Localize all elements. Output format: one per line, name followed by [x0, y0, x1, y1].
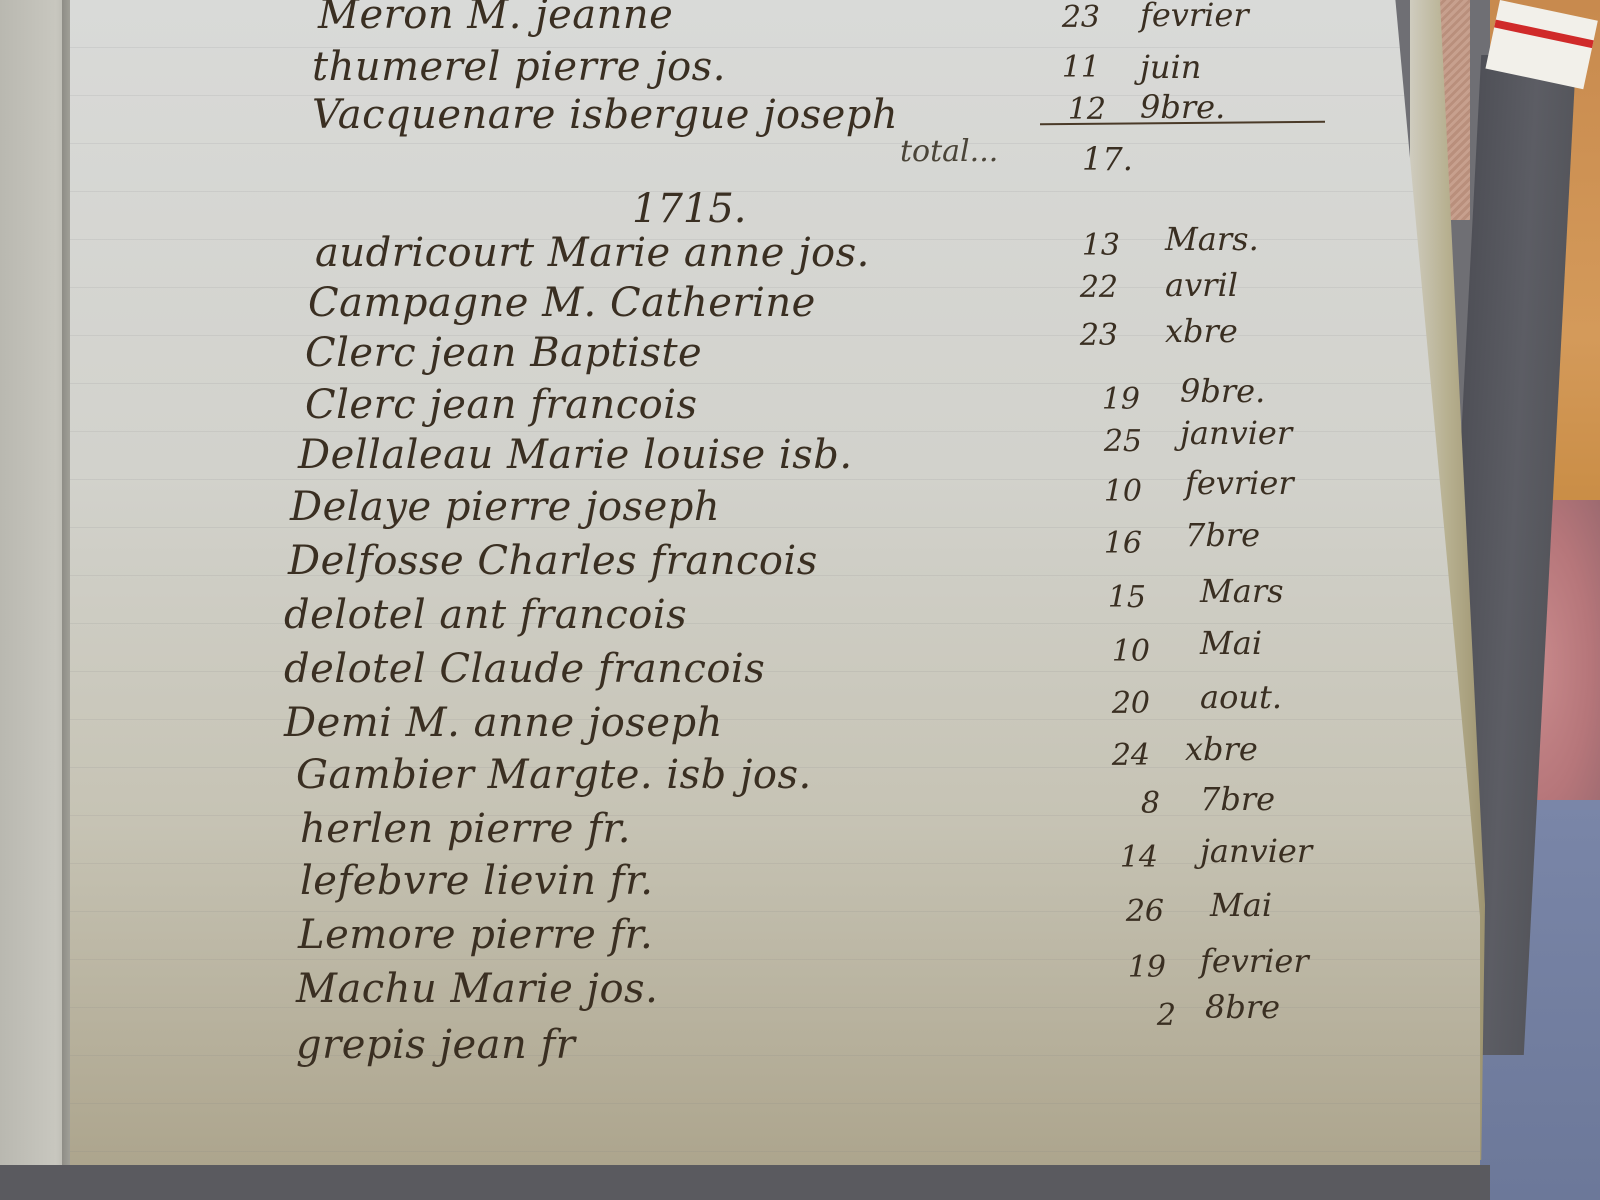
entry-month: 9bre. — [1140, 88, 1225, 126]
entry-day: 23 — [1040, 0, 1100, 35]
entry-name: herlen pierre fr. — [300, 806, 631, 852]
entry-name: delotel ant francois — [284, 592, 687, 638]
entry-day: 8 — [1100, 786, 1160, 821]
entry-month: fevrier — [1200, 942, 1309, 980]
entry-name: Dellaleau Marie louise isb. — [298, 432, 853, 478]
entry-month: xbre — [1185, 730, 1258, 768]
entry-month: juin — [1140, 48, 1201, 86]
entry-month: 7bre — [1200, 780, 1275, 818]
entry-day: 10 — [1082, 474, 1142, 509]
entry-name: lefebvre lievin fr. — [300, 858, 654, 904]
tape-red-stripe — [1494, 20, 1593, 49]
entry-name: delotel Claude francois — [284, 646, 765, 692]
entry-name: Clerc jean francois — [305, 382, 698, 428]
entry-day: 14 — [1098, 840, 1158, 875]
entry-month: 7bre — [1185, 516, 1260, 554]
entry-day: 23 — [1058, 318, 1118, 353]
entry-day: 25 — [1082, 424, 1142, 459]
entry-day: 13 — [1060, 228, 1120, 263]
entry-month: fevrier — [1185, 464, 1294, 502]
entry-day: 11 — [1040, 50, 1100, 85]
entry-month: Mars — [1200, 572, 1284, 610]
entry-name: Campagne M. Catherine — [308, 280, 816, 326]
entry-month: xbre — [1165, 312, 1238, 350]
entry-name: Delaye pierre joseph — [290, 484, 720, 530]
entry-day: 15 — [1086, 580, 1146, 615]
entry-name: Lemore pierre fr. — [298, 912, 653, 958]
entry-day: 16 — [1082, 526, 1142, 561]
entry-day: 2 — [1116, 998, 1176, 1033]
entry-name: thumerel pierre jos. — [312, 44, 726, 90]
year-heading: 1715. — [632, 186, 747, 232]
entry-name: Clerc jean Baptiste — [305, 330, 702, 376]
entry-name: Vacquenare isbergue joseph — [312, 92, 898, 138]
entry-month: 9bre. — [1180, 372, 1265, 410]
entry-month: Mai — [1210, 886, 1272, 924]
entry-day: 24 — [1090, 738, 1150, 773]
entry-name: Delfosse Charles francois — [288, 538, 818, 584]
entry-month: avril — [1165, 266, 1238, 304]
entry-name: Meron M. jeanne — [318, 0, 673, 38]
entry-month: janvier — [1180, 414, 1292, 452]
entry-day: 19 — [1080, 382, 1140, 417]
entry-name: Gambier Margte. isb jos. — [296, 752, 812, 798]
entry-month: fevrier — [1140, 0, 1249, 34]
entry-name: Machu Marie jos. — [296, 966, 658, 1012]
entry-month: aout. — [1200, 678, 1282, 716]
entry-day: 10 — [1090, 634, 1150, 669]
page-bottom-shadow — [0, 1165, 1490, 1200]
entry-day: 26 — [1104, 894, 1164, 929]
total-value: 17. — [1082, 140, 1133, 178]
entry-month: janvier — [1200, 832, 1312, 870]
entry-name: Demi M. anne joseph — [284, 700, 723, 746]
entry-day: 19 — [1106, 950, 1166, 985]
total-label: total... — [900, 134, 998, 169]
entry-day: 20 — [1090, 686, 1150, 721]
entry-name: audricourt Marie anne jos. — [315, 230, 870, 276]
entry-month: 8bre — [1205, 988, 1280, 1026]
entry-name: grepis jean fr — [296, 1022, 575, 1068]
entry-month: Mai — [1200, 624, 1262, 662]
entry-day: 22 — [1058, 270, 1118, 305]
entry-month: Mars. — [1165, 220, 1259, 258]
